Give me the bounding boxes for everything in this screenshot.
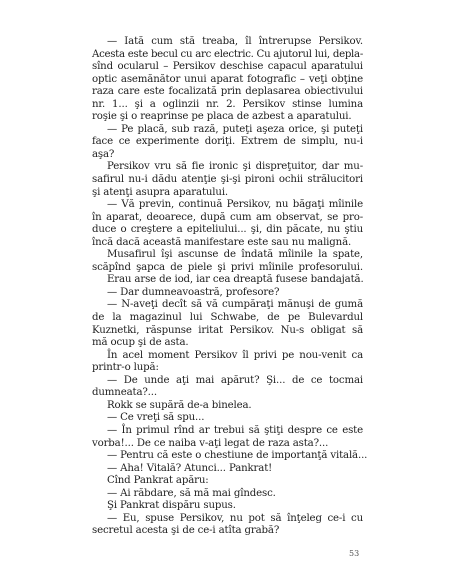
body-text: — Iată cum stă treaba, îl întrerupse Per… [92,36,363,538]
text-line: dumneata?... [92,387,363,400]
text-line: — Vă previn, continuă Persikov, nu băgaţ… [92,199,363,212]
text-line: — Eu, spuse Persikov, nu pot să înţeleg … [92,513,363,526]
text-line: Şi Pankrat dispăru supus. [92,500,363,513]
text-line: în aparat, deoarece, după cum am observa… [92,212,363,225]
book-page: — Iată cum stă treaba, îl întrerupse Per… [0,0,452,584]
text-line: — Pentru că este o chestiune de importan… [92,450,363,463]
text-line: Erau arse de iod, iar cea dreaptă fusese… [92,274,363,287]
text-line: vorba!... De ce naiba v-aţi legat de raz… [92,438,363,451]
text-line: — Dar dumneavoastră, profesore? [92,287,363,300]
text-line: — În primul rînd ar trebui să ştiţi desp… [92,425,363,438]
text-line: optic asemănător unui aparat fotografic … [92,74,363,87]
text-line: Acesta este becul cu arc electric. Cu aj… [92,49,363,62]
text-line: roşie şi o reaprinse pe placa de azbest … [92,111,363,124]
text-line: — N-aveţi decît să vă cumpăraţi mănuşi d… [92,299,363,312]
text-line: — De unde aţi mai apărut? Şi... de ce to… [92,375,363,388]
text-line: În acel moment Persikov îl privi pe nou-… [92,350,363,363]
page-number: 53 [349,549,359,558]
text-line: sînd ocularul – Persikov deschise capacu… [92,61,363,74]
text-line: aşa? [92,149,363,162]
text-line: şi atenţi asupra aparatului. [92,187,363,200]
text-line: duce o creştere a epiteliului... şi, din… [92,224,363,237]
text-line: safirul nu-i dădu atenţie şi-şi pironi o… [92,174,363,187]
text-line: — Pe placă, sub rază, puteţi aşeza orice… [92,124,363,137]
text-line: de la magazinul lui Schwabe, de pe Bulev… [92,312,363,325]
text-line: Musafirul îşi ascunse de îndată mîinile … [92,249,363,262]
text-line: nr. 1... şi a oglinzii nr. 2. Persikov s… [92,99,363,112]
text-line: — Aha! Vitală? Atunci... Pankrat! [92,463,363,476]
text-line: secretul acesta şi de ce-i atîta grabă? [92,525,363,538]
text-line: — Ce vreţi să spu... [92,412,363,425]
text-line: scăpînd şapca de piele şi privi mîinile … [92,262,363,275]
text-line: raza care este focalizată prin deplasare… [92,86,363,99]
text-line: — Iată cum stă treaba, îl întrerupse Per… [92,36,363,49]
text-line: — Ai răbdare, să mă mai gîndesc. [92,488,363,501]
text-line: Cînd Pankrat apăru: [92,475,363,488]
text-line: Rokk se supără de-a binelea. [92,400,363,413]
text-line: printr-o lupă: [92,362,363,375]
text-line: încă dacă această manifestare este sau n… [92,237,363,250]
text-line: face ce experimente doriţi. Extrem de si… [92,136,363,149]
text-line: mă ocup şi de asta. [92,337,363,350]
text-line: Kuznetki, răspunse iritat Persikov. Nu-s… [92,325,363,338]
text-line: Persikov vru să fie ironic şi dispreţuit… [92,161,363,174]
